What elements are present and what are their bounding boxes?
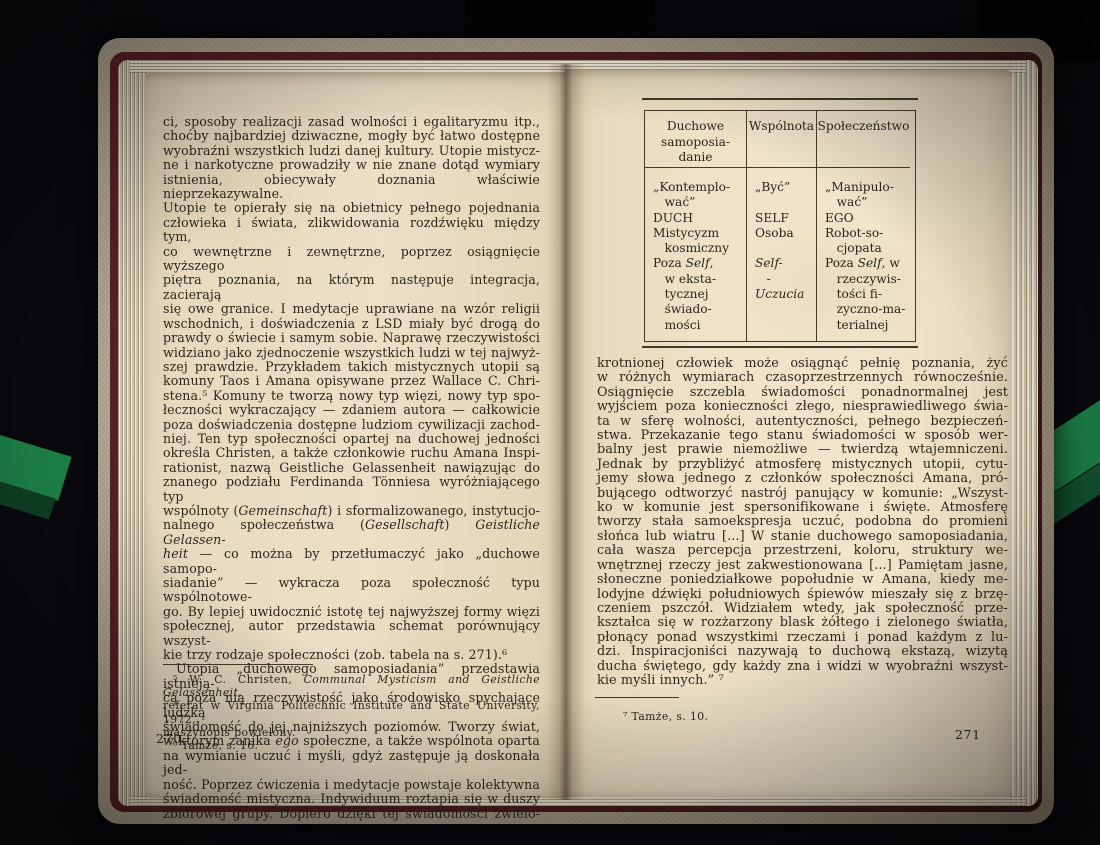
footnote: ⁶ Tamże, s. 16. — [163, 739, 540, 752]
footnote: ⁷ Tamże, s. 10. — [613, 710, 993, 723]
table-header-cell: Społeczeństwo — [816, 111, 910, 168]
page-left: ci, sposoby realizacji zasad wolności i … — [146, 72, 565, 798]
paragraph: ci, sposoby realizacji zasad wolności i … — [163, 115, 540, 662]
table-header-cell: Wspólnota — [746, 111, 816, 168]
table-cell: „Manipulo- wać” EGO Robot-so- cjopata Po… — [816, 168, 910, 341]
table-cell: „Być” SELF Osoba Self- -Uczucia — [746, 168, 816, 341]
body-text-right: krotnionej człowiek może osiągnąć pełnię… — [597, 357, 1008, 688]
photo-scene: ci, sposoby realizacji zasad wolności i … — [0, 0, 1100, 845]
table-grid: Duchowesamoposia-danieWspólnotaSpołeczeń… — [644, 110, 916, 342]
footnote-rule — [163, 664, 313, 665]
footnotes-left: ⁵ W. C. Christen, Communal Mysticism and… — [163, 673, 540, 752]
page-right: Duchowesamoposia-danieWspólnotaSpołeczeń… — [565, 70, 1012, 797]
table-bottom-rule — [642, 346, 918, 348]
table-top-rule — [642, 98, 918, 100]
comparison-table: Duchowesamoposia-danieWspólnotaSpołeczeń… — [642, 98, 918, 348]
footnotes-right: ⁷ Tamże, s. 10. — [613, 710, 993, 723]
page-number-left: 270 — [156, 732, 182, 746]
paragraph: krotnionej człowiek może osiągnąć pełnię… — [597, 357, 1008, 688]
table-header-cell: Duchowesamoposia-danie — [645, 111, 746, 168]
table-cell: „Kontemplo- wać” DUCH Mistycyzm kosmiczn… — [645, 168, 746, 341]
page-number-right: 271 — [955, 728, 981, 742]
gutter-shadow — [547, 64, 585, 800]
footnote-rule — [595, 697, 679, 698]
footnote: ⁵ W. C. Christen, Communal Mysticism and… — [163, 673, 540, 739]
